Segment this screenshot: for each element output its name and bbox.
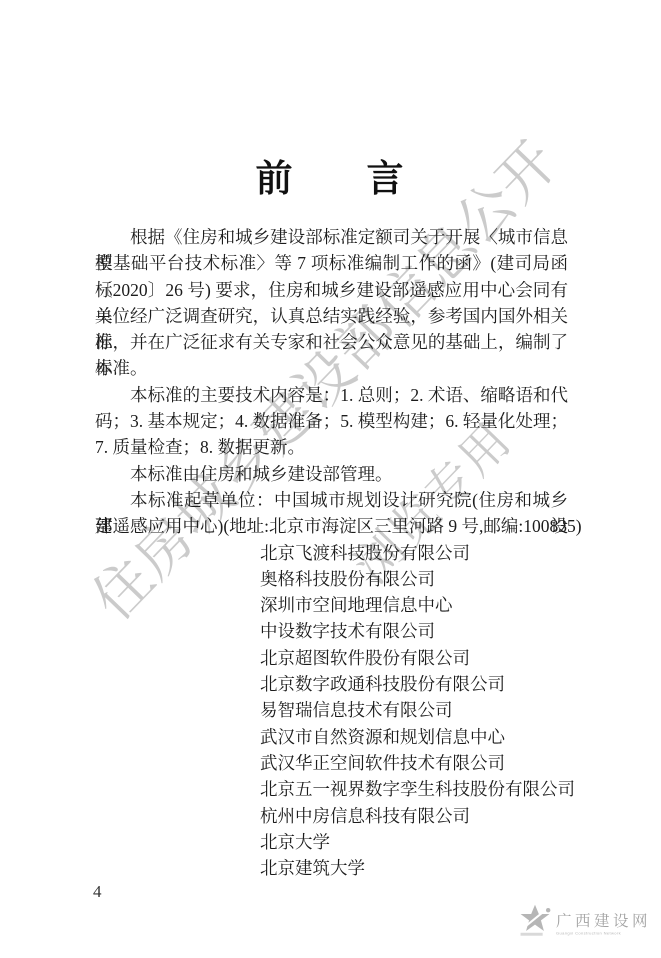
drafting-unit: 北京数字政通科技股份有限公司 xyxy=(95,671,568,697)
drafting-unit: 北京大学 xyxy=(95,829,568,855)
paragraph-line: 码；3. 基本规定；4. 数据准备；5. 模型构建；6. 轻量化处理； xyxy=(95,408,568,434)
page-title: 前言 xyxy=(0,148,661,202)
drafting-unit: 北京超图软件股份有限公司 xyxy=(95,645,568,671)
site-logo: 广西建设网 Guangxi Construction Network xyxy=(518,902,658,943)
paragraph-line: 部遥感应用中心)(地址:北京市海淀区三里河路 9 号,邮编:100835) xyxy=(95,513,568,539)
paragraph-line: 〔2020〕26 号) 要求，住房和城乡建设部遥感应用中心会同有关 xyxy=(95,277,568,303)
paragraph-line: 单位经广泛调查研究，认真总结实践经验，参考国内国外相关标 xyxy=(95,303,568,329)
logo-name: 广西建设网 xyxy=(556,909,658,931)
drafting-unit: 北京建筑大学 xyxy=(95,855,568,881)
paragraph-line: 本标准由住房和城乡建设部管理。 xyxy=(95,461,568,487)
drafting-unit: 杭州中房信息科技有限公司 xyxy=(95,803,568,829)
paragraph-line: 型基础平台技术标准〉等 7 项标准编制工作的函》(建司局函标 xyxy=(95,250,568,276)
paragraph-line: 根据《住房和城乡建设部标准定额司关于开展〈城市信息模 xyxy=(95,224,568,250)
drafting-unit: 奥格科技股份有限公司 xyxy=(95,566,568,592)
paragraph-line: 本标准的主要技术内容是：1. 总则；2. 术语、缩略语和代 xyxy=(95,382,568,408)
drafting-unit: 北京飞渡科技股份有限公司 xyxy=(95,540,568,566)
page-title-right-char: 言 xyxy=(367,159,406,200)
paragraph-line: 本标准起草单位：中国城市规划设计研究院(住房和城乡建设 xyxy=(95,487,568,513)
paragraph-line: 标准。 xyxy=(95,355,568,381)
drafting-unit: 北京五一视界数字孪生科技股份有限公司 xyxy=(95,776,568,802)
foreword-body: 根据《住房和城乡建设部标准定额司关于开展〈城市信息模 型基础平台技术标准〉等 7… xyxy=(95,224,568,881)
paragraph-line: 准，并在广泛征求有关专家和社会公众意见的基础上，编制了本 xyxy=(95,329,568,355)
drafting-unit: 武汉华正空间软件技术有限公司 xyxy=(95,750,568,776)
page-title-left-char: 前 xyxy=(256,159,295,200)
document-page: { "title": { "char_left": "前", "char_rig… xyxy=(0,0,661,958)
drafting-unit: 深圳市空间地理信息中心 xyxy=(95,592,568,618)
drafting-unit: 武汉市自然资源和规划信息中心 xyxy=(95,724,568,750)
star-icon xyxy=(518,902,552,943)
paragraph-line: 7. 质量检查；8. 数据更新。 xyxy=(95,434,568,460)
logo-tagline: Guangxi Construction Network xyxy=(556,931,648,936)
drafting-unit: 易智瑞信息技术有限公司 xyxy=(95,697,568,723)
drafting-unit: 中设数字技术有限公司 xyxy=(95,618,568,644)
page-number: 4 xyxy=(93,882,102,902)
logo-text: 广西建设网 Guangxi Construction Network xyxy=(556,909,658,936)
